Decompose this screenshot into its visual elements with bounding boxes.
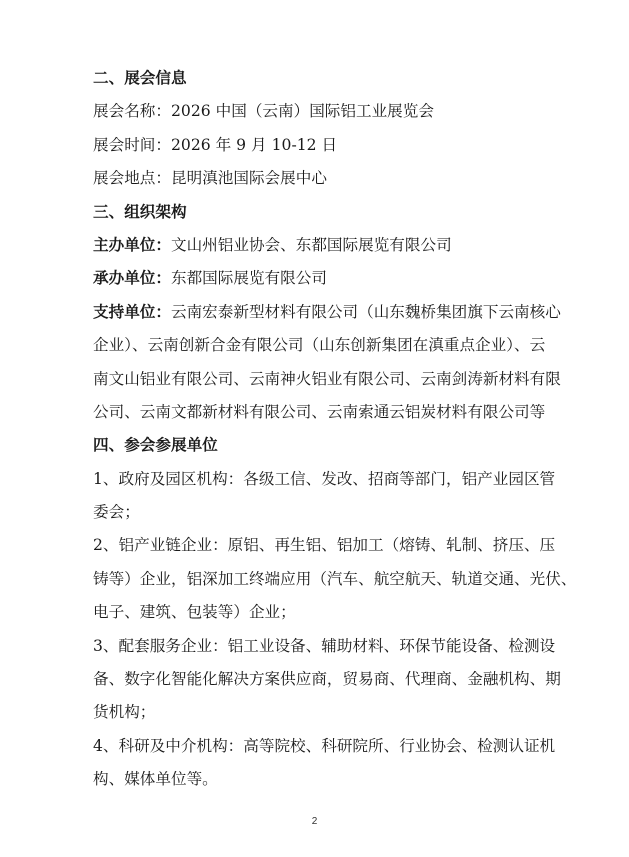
- section-heading-participants: 四、参会参展单位: [93, 429, 536, 462]
- exhibition-venue-value: 昆明滇池国际会展中心: [171, 169, 327, 187]
- host-unit: 主办单位：文山州铝业协会、东都国际展览有限公司: [93, 229, 536, 262]
- participant-item-4-line: 构、媒体单位等。: [93, 763, 536, 796]
- participant-item-2-line: 2、铝产业链企业：原铝、再生铝、铝加工（熔铸、轧制、挤压、压: [93, 529, 536, 562]
- support-unit-line: 公司、云南文都新材料有限公司、云南索通云铝炭材料有限公司等: [93, 396, 536, 429]
- participant-item-1-line: 1、政府及园区机构：各级工信、发改、招商等部门，铝产业园区管: [93, 463, 536, 496]
- exhibition-time-value: 2026 年 9 月 10-12 日: [171, 136, 337, 154]
- exhibition-time: 展会时间：2026 年 9 月 10-12 日: [93, 129, 536, 162]
- section-heading-organization: 三、组织架构: [93, 196, 536, 229]
- document-page: 二、展会信息 展会名称：2026 中国（云南）国际铝工业展览会 展会时间：202…: [93, 62, 536, 797]
- support-unit-line: 支持单位：云南宏泰新型材料有限公司（山东魏桥集团旗下云南核心: [93, 296, 536, 329]
- exhibition-name-value: 2026 中国（云南）国际铝工业展览会: [171, 102, 434, 120]
- organizer-unit-label: 承办单位：: [93, 269, 171, 287]
- participant-item-2-line: 铸等）企业，铝深加工终端应用（汽车、航空航天、轨道交通、光伏、: [93, 563, 536, 596]
- page-number: 2: [0, 816, 629, 827]
- section-heading-exhibition-info: 二、展会信息: [93, 62, 536, 95]
- exhibition-name-label: 展会名称：: [93, 102, 171, 120]
- participant-item-1-line: 委会；: [93, 496, 536, 529]
- organizer-unit: 承办单位：东都国际展览有限公司: [93, 262, 536, 295]
- support-unit-line: 南文山铝业有限公司、云南神火铝业有限公司、云南剑涛新材料有限: [93, 363, 536, 396]
- support-unit-text: 云南宏泰新型材料有限公司（山东魏桥集团旗下云南核心: [171, 303, 561, 321]
- participant-item-3-line: 货机构；: [93, 696, 536, 729]
- exhibition-venue-label: 展会地点：: [93, 169, 171, 187]
- support-unit-label: 支持单位：: [93, 303, 171, 321]
- exhibition-time-label: 展会时间：: [93, 136, 171, 154]
- participant-item-3-line: 备、数字化智能化解决方案供应商，贸易商、代理商、金融机构、期: [93, 663, 536, 696]
- host-unit-label: 主办单位：: [93, 236, 171, 254]
- participant-item-2-line: 电子、建筑、包装等）企业；: [93, 596, 536, 629]
- exhibition-name: 展会名称：2026 中国（云南）国际铝工业展览会: [93, 95, 536, 128]
- exhibition-venue: 展会地点：昆明滇池国际会展中心: [93, 162, 536, 195]
- participant-item-3-line: 3、配套服务企业：铝工业设备、辅助材料、环保节能设备、检测设: [93, 630, 536, 663]
- organizer-unit-value: 东都国际展览有限公司: [171, 269, 327, 287]
- support-unit-line: 企业）、云南创新合金有限公司（山东创新集团在滇重点企业）、云: [93, 329, 536, 362]
- participant-item-4-line: 4、科研及中介机构：高等院校、科研院所、行业协会、检测认证机: [93, 730, 536, 763]
- host-unit-value: 文山州铝业协会、东都国际展览有限公司: [171, 236, 452, 254]
